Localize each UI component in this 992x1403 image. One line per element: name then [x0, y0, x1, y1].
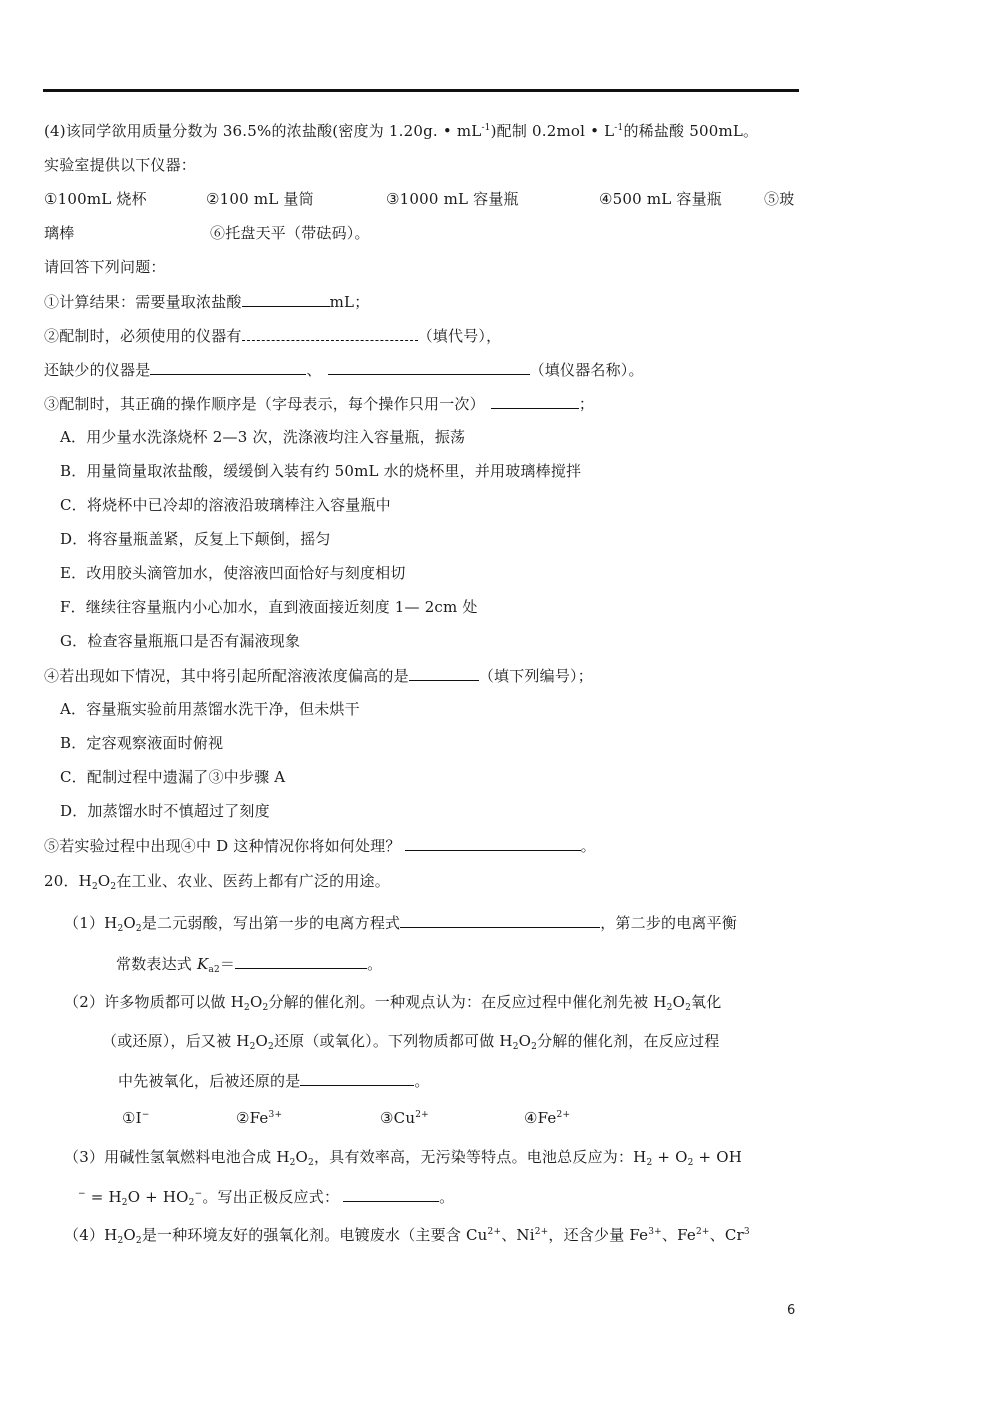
q20-title: 20．H2O2在工业、农业、医药上都有广泛的用途。 [44, 871, 390, 891]
p2-text: 氧化 [691, 993, 721, 1011]
option-label: ②Fe [236, 1109, 269, 1127]
period: 。 [439, 1188, 454, 1206]
q20-p2-line3: 中先被氧化，后被还原的是。 [118, 1070, 430, 1090]
q1-text: ①计算结果：需要量取浓盐酸 [44, 293, 242, 311]
q3-line: ③配制时，其正确的操作顺序是（字母表示，每个操作只用一次）； [44, 393, 594, 413]
q20-p3-line2: − = H2O + HO2−。写出正极反应式：。 [78, 1186, 454, 1206]
step-d: D．将容量瓶盖紧，反复上下颠倒，摇匀 [60, 529, 331, 549]
p4-text: 是一种环境友好的强氧化剂。电镀废水（主要含 Cu [142, 1226, 488, 1244]
option-3: ③Cu2+ [380, 1108, 429, 1128]
p4-text: 、Fe [662, 1226, 696, 1244]
answer-blank-q1[interactable] [242, 291, 330, 307]
step-a: A．用少量水洗涤烧杯 2—3 次，洗涤液均注入容量瓶，振荡 [60, 427, 465, 447]
intro-text: (4)该同学欲用质量分数为 36.5%的浓盐酸(密度为 1.20g. • mL [44, 122, 481, 140]
q20-p2-line1: （2）许多物质都可以做 H2O2分解的催化剂。一种观点认为：在反应过程中催化剂先… [64, 992, 721, 1012]
q19-part4-intro: (4)该同学欲用质量分数为 36.5%的浓盐酸(密度为 1.20g. • mL-… [44, 121, 758, 141]
p3-text: + O [652, 1148, 687, 1166]
answer-prompt: 请回答下列问题： [44, 257, 166, 277]
p4-text: ，还含少量 Fe [548, 1226, 648, 1244]
instrument-5-start: ⑤玻 [764, 189, 794, 209]
instrument-2: ②100 mL 量筒 [206, 189, 314, 209]
q2-missing-line: 还缺少的仪器是、（填仪器名称）。 [44, 359, 644, 379]
instrument-6: ⑥托盘天平（带砝码）。 [210, 223, 370, 243]
case-b: B．定容观察液面时俯视 [60, 733, 223, 753]
subscript: 2 [189, 1198, 195, 1208]
superscript: − [142, 1110, 150, 1120]
formula-part: O [296, 1148, 309, 1166]
option-1: ①I− [122, 1108, 150, 1128]
p4-text: （4）H [64, 1226, 117, 1244]
header-rule [43, 89, 799, 92]
q3-text: ③配制时，其正确的操作顺序是（字母表示，每个操作只用一次） [44, 395, 485, 413]
q2-text: ②配制时，必须使用的仪器有 [44, 327, 242, 345]
p4-text: 、Ni [501, 1226, 535, 1244]
superscript: − [78, 1189, 86, 1199]
page-number: 6 [787, 1303, 795, 1318]
p1-text: （1）H [64, 914, 117, 932]
p1-text: ，第二步的电离平衡 [600, 914, 737, 932]
q20-p1-line1: （1）H2O2是二元弱酸，写出第一步的电离方程式，第二步的电离平衡 [64, 912, 737, 932]
formula-part: O [123, 914, 136, 932]
formula-part: O [673, 993, 686, 1011]
answer-blank-q5[interactable] [405, 835, 581, 851]
answer-blank-catalyst[interactable] [300, 1070, 414, 1086]
answer-blank-q2-missing-1[interactable] [150, 359, 306, 375]
ka-symbol: K [197, 955, 208, 973]
q2-missing-text: 还缺少的仪器是 [44, 361, 150, 379]
q2-line: ②配制时，必须使用的仪器有（填代号）， [44, 325, 501, 345]
q5-end: 。 [581, 837, 596, 855]
formula-part: O [98, 872, 111, 890]
q2-hint: （填代号）， [418, 327, 502, 345]
instrument-4: ④500 mL 容量瓶 [599, 189, 722, 209]
q4-line: ④若出现如下情况，其中将引起所配溶液浓度偏高的是（填下列编号）； [44, 665, 593, 685]
p2-text: （2）许多物质都可以做 H [64, 993, 244, 1011]
p3-text: 。写出正极反应式： [202, 1188, 339, 1206]
q20-p4-line1: （4）H2O2是一种环境友好的强氧化剂。电镀废水（主要含 Cu2+、Ni2+，还… [64, 1225, 750, 1245]
p3-text: O + HO [128, 1188, 189, 1206]
superscript: -1 [481, 123, 490, 133]
instrument-1: ①100mL 烧杯 [44, 189, 147, 209]
q1-line: ①计算结果：需要量取浓盐酸mL； [44, 291, 369, 311]
step-e: E．改用胶头滴管加水，使溶液凹面恰好与刻度相切 [60, 563, 406, 583]
case-d: D．加蒸馏水时不慎超过了刻度 [60, 801, 270, 821]
q20-p1-line2: 常数表达式 Ka2＝。 [116, 953, 382, 973]
q20-number: 20．H [44, 872, 92, 890]
answer-blank-q3[interactable] [491, 393, 579, 409]
subscript: a2 [208, 965, 220, 975]
superscript: 3+ [648, 1227, 662, 1237]
p2-text: 中先被氧化，后被还原的是 [118, 1072, 300, 1090]
p4-text: 、Cr [710, 1226, 744, 1244]
period: 。 [414, 1072, 429, 1090]
superscript: 2+ [415, 1110, 429, 1120]
separator: 、 [306, 361, 321, 379]
answer-blank-ka2[interactable] [235, 953, 367, 969]
formula-part: O [256, 1032, 269, 1050]
p1-text: 是二元弱酸，写出第一步的电离方程式 [142, 914, 400, 932]
q3-end: ； [579, 395, 594, 413]
instrument-5-end: 璃棒 [44, 223, 74, 243]
p2-text: （或还原），后又被 H [102, 1032, 250, 1050]
p3-text: ，具有效率高，无污染等特点。电池总反应为：H [314, 1148, 646, 1166]
q20-p2-line2: （或还原），后又被 H2O2还原（或氧化）。下列物质都可做 H2O2分解的催化剂… [102, 1031, 719, 1051]
p2-text: 还原（或氧化）。下列物质都可做 H [274, 1032, 513, 1050]
option-label: ①I [122, 1109, 142, 1127]
intro-text: )配制 0.2mol • L [491, 122, 615, 140]
option-4: ④Fe2+ [524, 1108, 570, 1128]
formula-part: O [250, 993, 263, 1011]
option-label: ③Cu [380, 1109, 415, 1127]
answer-blank-cathode[interactable] [343, 1186, 439, 1202]
period: 。 [367, 955, 382, 973]
q4-text: ④若出现如下情况，其中将引起所配溶液浓度偏高的是 [44, 667, 409, 685]
option-label: ④Fe [524, 1109, 557, 1127]
formula-part: O [519, 1032, 532, 1050]
case-c: C．配制过程中遗漏了③中步骤 A [60, 767, 285, 787]
case-a: A．容量瓶实验前用蒸馏水洗干净，但未烘干 [60, 699, 360, 719]
formula-part: O [123, 1226, 136, 1244]
q4-hint: （填下列编号）； [479, 667, 593, 685]
option-2: ②Fe3+ [236, 1108, 282, 1128]
answer-blank-q4[interactable] [409, 665, 479, 681]
p3-text: = H [86, 1188, 122, 1206]
q1-unit: mL； [330, 293, 370, 311]
superscript: 3 [744, 1227, 750, 1237]
step-b: B．用量筒量取浓盐酸，缓缓倒入装有约 50mL 水的烧杯里，并用玻璃棒搅拌 [60, 461, 581, 481]
equals: ＝ [220, 955, 235, 973]
superscript: 3+ [269, 1110, 283, 1120]
instrument-3: ③1000 mL 容量瓶 [386, 189, 519, 209]
q20-title-text: 在工业、农业、医药上都有广泛的用途。 [116, 872, 390, 890]
step-f: F．继续往容量瓶内小心加水，直到液面接近刻度 1— 2cm 处 [60, 597, 478, 617]
p3-text: + OH [694, 1148, 742, 1166]
q20-p3-line1: （3）用碱性氢氧燃料电池合成 H2O2，具有效率高，无污染等特点。电池总反应为：… [64, 1147, 742, 1167]
step-c: C．将烧杯中已冷却的溶液沿玻璃棒注入容量瓶中 [60, 495, 391, 515]
provided-label: 实验室提供以下仪器： [44, 155, 196, 175]
step-g: G．检查容量瓶瓶口是否有漏液现象 [60, 631, 300, 651]
p2-text: 分解的催化剂，在反应过程 [537, 1032, 719, 1050]
p2-text: 分解的催化剂。一种观点认为：在反应过程中催化剂先被 H [268, 993, 666, 1011]
answer-blank-ionization-eq[interactable] [400, 912, 600, 928]
q5-text: ⑤若实验过程中出现④中 D 这种情况你将如何处理？ [44, 837, 401, 855]
answer-blank-q2-codes[interactable] [242, 325, 418, 341]
superscript: 2+ [535, 1227, 549, 1237]
superscript: 2+ [696, 1227, 710, 1237]
answer-blank-q2-missing-2[interactable] [328, 359, 530, 375]
superscript: 2+ [488, 1227, 502, 1237]
q5-line: ⑤若实验过程中出现④中 D 这种情况你将如何处理？。 [44, 835, 596, 855]
q2-missing-hint: （填仪器名称）。 [530, 361, 644, 379]
intro-text: 的稀盐酸 500mL。 [623, 122, 758, 140]
p1-text: 常数表达式 [116, 955, 197, 973]
p3-text: （3）用碱性氢氧燃料电池合成 H [64, 1148, 290, 1166]
superscript: 2+ [557, 1110, 571, 1120]
